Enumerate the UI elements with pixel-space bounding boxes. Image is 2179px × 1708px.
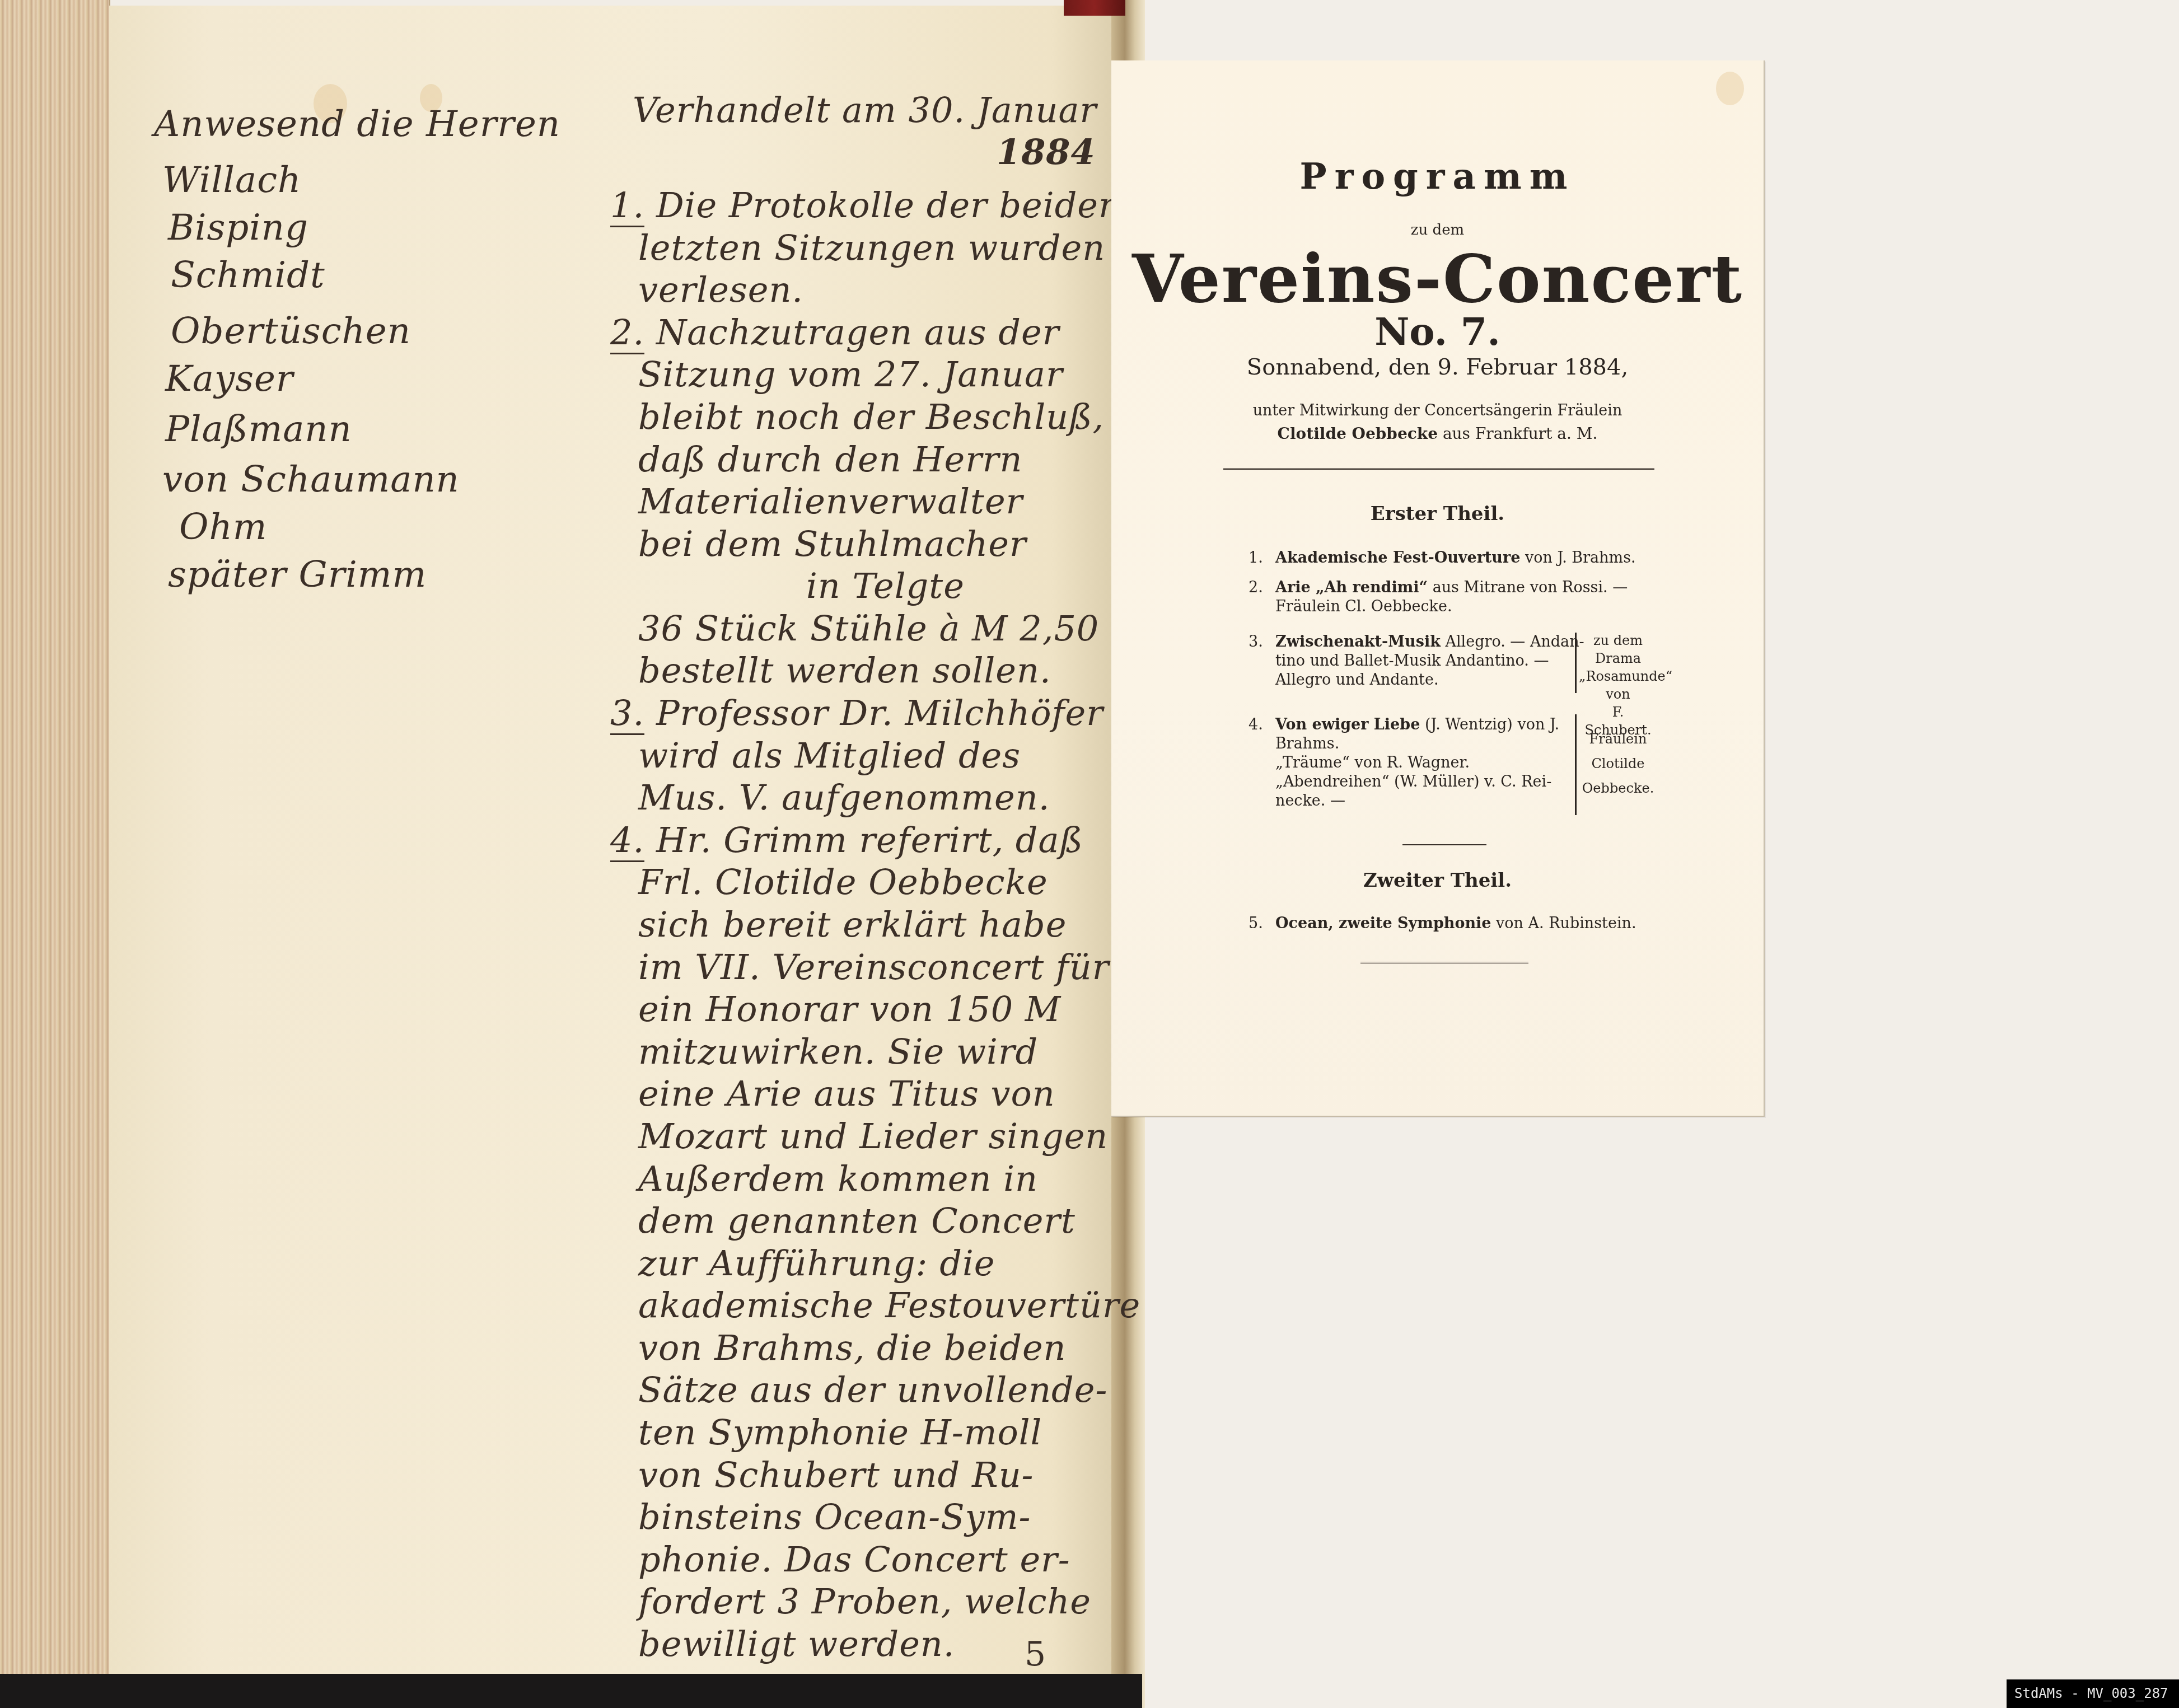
minutes-line: sich bereit erklärt habe xyxy=(638,904,1067,945)
minutes-line: Sitzung vom 27. Januar xyxy=(638,354,1063,395)
line-text: Sätze aus der unvollende- xyxy=(638,1369,1107,1410)
line-text: fordert 3 Proben, welche xyxy=(638,1581,1091,1622)
line-text: Außerdem kommen in xyxy=(638,1158,1038,1199)
line-text: von Brahms, die beiden xyxy=(638,1327,1067,1368)
minutes-line: wird als Mitglied des xyxy=(638,735,1021,776)
line-text: bei dem Stuhlmacher xyxy=(638,523,1027,564)
minutes-line: verlesen. xyxy=(638,269,803,310)
concert-date: Sonnabend, den 9. Februar 1884, xyxy=(1111,354,1764,380)
divider xyxy=(1223,468,1654,471)
line-text: bleibt noch der Beschluß, xyxy=(638,396,1104,437)
program-item: 3.Zwischenakt-Musik Allegro. — Andan- ti… xyxy=(1249,633,1584,690)
minutes-header: Verhandelt am 30. Januar xyxy=(633,90,1097,130)
minutes-line: Außerdem kommen in xyxy=(638,1158,1038,1199)
line-text: Mozart und Lieder singen xyxy=(638,1116,1108,1157)
item-number: 2. xyxy=(610,312,644,354)
minutes-line: letzten Sitzungen wurden xyxy=(638,227,1105,268)
minutes-line: Mus. V. aufgenommen. xyxy=(638,777,1050,818)
line-text: 36 Stück Stühle à M 2,50 xyxy=(638,608,1099,649)
red-binding xyxy=(1064,0,1125,16)
line-text: wird als Mitglied des xyxy=(638,735,1021,776)
minutes-line: im VII. Vereinsconcert für xyxy=(638,947,1109,988)
line-text: ein Honorar von 150 M xyxy=(638,989,1061,1030)
item-number: 4. xyxy=(610,820,644,862)
concert-number: No. 7. xyxy=(1111,310,1764,354)
part1-heading: Erster Theil. xyxy=(1111,503,1764,525)
line-text: Frl. Clotilde Oebbecke xyxy=(638,862,1048,902)
program-title: Programm xyxy=(1111,156,1764,198)
line-text: dem genannten Concert xyxy=(638,1200,1076,1241)
line-text: ten Symphonie H-moll xyxy=(638,1412,1042,1453)
minutes-line: ten Symphonie H-moll xyxy=(638,1412,1042,1453)
minutes-line: Materialienverwalter xyxy=(638,481,1023,522)
minutes-line: binsteins Ocean-Sym- xyxy=(638,1496,1031,1537)
program-item: 1.Akademische Fest-Ouverture von J. Brah… xyxy=(1249,549,1636,568)
archive-label: StdAMs - MV_003_287 xyxy=(2007,1679,2179,1708)
item3-note: zu dem Drama „Rosamunde“ von F. Schubert… xyxy=(1579,631,1657,739)
line-text: bewilligt werden. xyxy=(638,1623,955,1664)
line-text: bestellt werden sollen. xyxy=(638,650,1051,691)
brace xyxy=(1575,633,1577,693)
line-text: im VII. Vereinsconcert für xyxy=(638,947,1109,988)
line-text: daß durch den Herrn xyxy=(638,439,1022,480)
minutes-line: bestellt werden sollen. xyxy=(638,650,1051,691)
minutes-line: in Telgte xyxy=(806,565,965,606)
page-number: 5 xyxy=(1025,1635,1046,1674)
attendee-name: Plaßmann xyxy=(165,409,352,450)
part2-heading: Zweiter Theil. xyxy=(1111,869,1764,892)
minutes-line: 36 Stück Stühle à M 2,50 xyxy=(638,608,1099,649)
line-text: letzten Sitzungen wurden xyxy=(638,227,1105,268)
minutes-line: daß durch den Herrn xyxy=(638,439,1022,480)
minutes-line: Frl. Clotilde Oebbecke xyxy=(638,862,1048,902)
program-item: 5.Ocean, zweite Symphonie von A. Rubinst… xyxy=(1249,914,1636,933)
minutes-line: 3. Professor Dr. Milchhöfer xyxy=(610,692,1103,733)
singer-origin: aus Frankfurt a. M. xyxy=(1443,424,1598,443)
minutes-line: fordert 3 Proben, welche xyxy=(638,1581,1091,1622)
item-number: 1. xyxy=(610,185,644,227)
attendee-name: Willach xyxy=(162,160,301,201)
minutes-line: bewilligt werden. xyxy=(638,1623,955,1664)
program-item: 2.Arie „Ah rendimi“ aus Mitrane von Ross… xyxy=(1249,578,1628,616)
singer-name: Clotilde Oebbecke xyxy=(1278,424,1438,443)
line-text: verlesen. xyxy=(638,269,803,310)
attendee-name: später Grimm xyxy=(168,554,427,596)
line-text: Mus. V. aufgenommen. xyxy=(638,777,1050,818)
line-text: von Schubert und Ru- xyxy=(638,1454,1034,1495)
line-text: Materialienverwalter xyxy=(638,481,1023,522)
minutes-line: 2. Nachzutragen aus der xyxy=(610,312,1059,353)
minutes-line: eine Arie aus Titus von xyxy=(638,1073,1055,1114)
item4-performer: Fräulein Clotilde Oebbecke. xyxy=(1579,727,1657,801)
minutes-line: akademische Festouvertüre xyxy=(638,1285,1140,1326)
attendee-name: von Schaumann xyxy=(162,459,460,500)
minutes-line: von Schubert und Ru- xyxy=(638,1454,1034,1495)
program-subtitle: zu dem xyxy=(1111,222,1764,238)
minutes-line: zur Aufführung: die xyxy=(638,1243,995,1284)
program-item: 4.Von ewiger Liebe (J. Wentzig) von J. B… xyxy=(1249,715,1559,811)
concert-title: Vereins-Concert xyxy=(1111,240,1764,317)
minutes-line: ein Honorar von 150 M xyxy=(638,989,1061,1030)
line-text: Nachzutragen aus der xyxy=(656,312,1059,353)
attendee-name: Bisping xyxy=(168,207,308,249)
page-stack-edge xyxy=(0,0,110,1674)
attendance-heading: Anwesend die Herren xyxy=(154,104,560,145)
minutes-line: phonie. Das Concert er- xyxy=(638,1539,1070,1580)
singer-line: Clotilde Oebbecke aus Frankfurt a. M. xyxy=(1111,424,1764,443)
minutes-line: bei dem Stuhlmacher xyxy=(638,523,1027,564)
line-text: Die Protokolle der beiden xyxy=(656,185,1121,226)
attendee-name: Kayser xyxy=(165,358,293,400)
minutes-line: von Brahms, die beiden xyxy=(638,1327,1067,1368)
collaboration-note: unter Mitwirkung der Concertsängerin Frä… xyxy=(1111,402,1764,419)
line-text: akademische Festouvertüre xyxy=(638,1285,1140,1326)
concert-program: Programm zu dem Vereins-Concert No. 7. S… xyxy=(1111,60,1765,1117)
minutes-line: Mozart und Lieder singen xyxy=(638,1116,1108,1157)
divider xyxy=(1402,844,1486,847)
line-text: Hr. Grimm referirt, daß xyxy=(656,820,1083,860)
attendee-name: Ohm xyxy=(179,507,267,548)
minutes-year: 1884 xyxy=(997,132,1096,172)
minutes-line: mitzuwirken. Sie wird xyxy=(638,1031,1038,1072)
minutes-line: dem genannten Concert xyxy=(638,1200,1076,1241)
attendee-name: Obertüschen xyxy=(171,311,411,352)
minutes-line: bleibt noch der Beschluß, xyxy=(638,396,1104,437)
line-text: mitzuwirken. Sie wird xyxy=(638,1031,1038,1072)
attendee-name: Schmidt xyxy=(171,255,325,296)
minutes-line: 4. Hr. Grimm referirt, daß xyxy=(610,820,1083,860)
line-text: in Telgte xyxy=(806,565,965,606)
line-text: sich bereit erklärt habe xyxy=(638,904,1067,945)
divider xyxy=(1360,962,1528,965)
line-text: eine Arie aus Titus von xyxy=(638,1073,1055,1114)
minutes-line: Sätze aus der unvollende- xyxy=(638,1369,1107,1410)
minutes-line: 1. Die Protokolle der beiden xyxy=(610,185,1121,226)
dark-background xyxy=(0,1674,1142,1708)
line-text: zur Aufführung: die xyxy=(638,1243,995,1284)
line-text: Professor Dr. Milchhöfer xyxy=(656,692,1103,733)
line-text: Sitzung vom 27. Januar xyxy=(638,354,1063,395)
line-text: phonie. Das Concert er- xyxy=(638,1539,1070,1580)
line-text: binsteins Ocean-Sym- xyxy=(638,1496,1031,1537)
brace xyxy=(1575,714,1577,815)
item-number: 3. xyxy=(610,692,644,735)
